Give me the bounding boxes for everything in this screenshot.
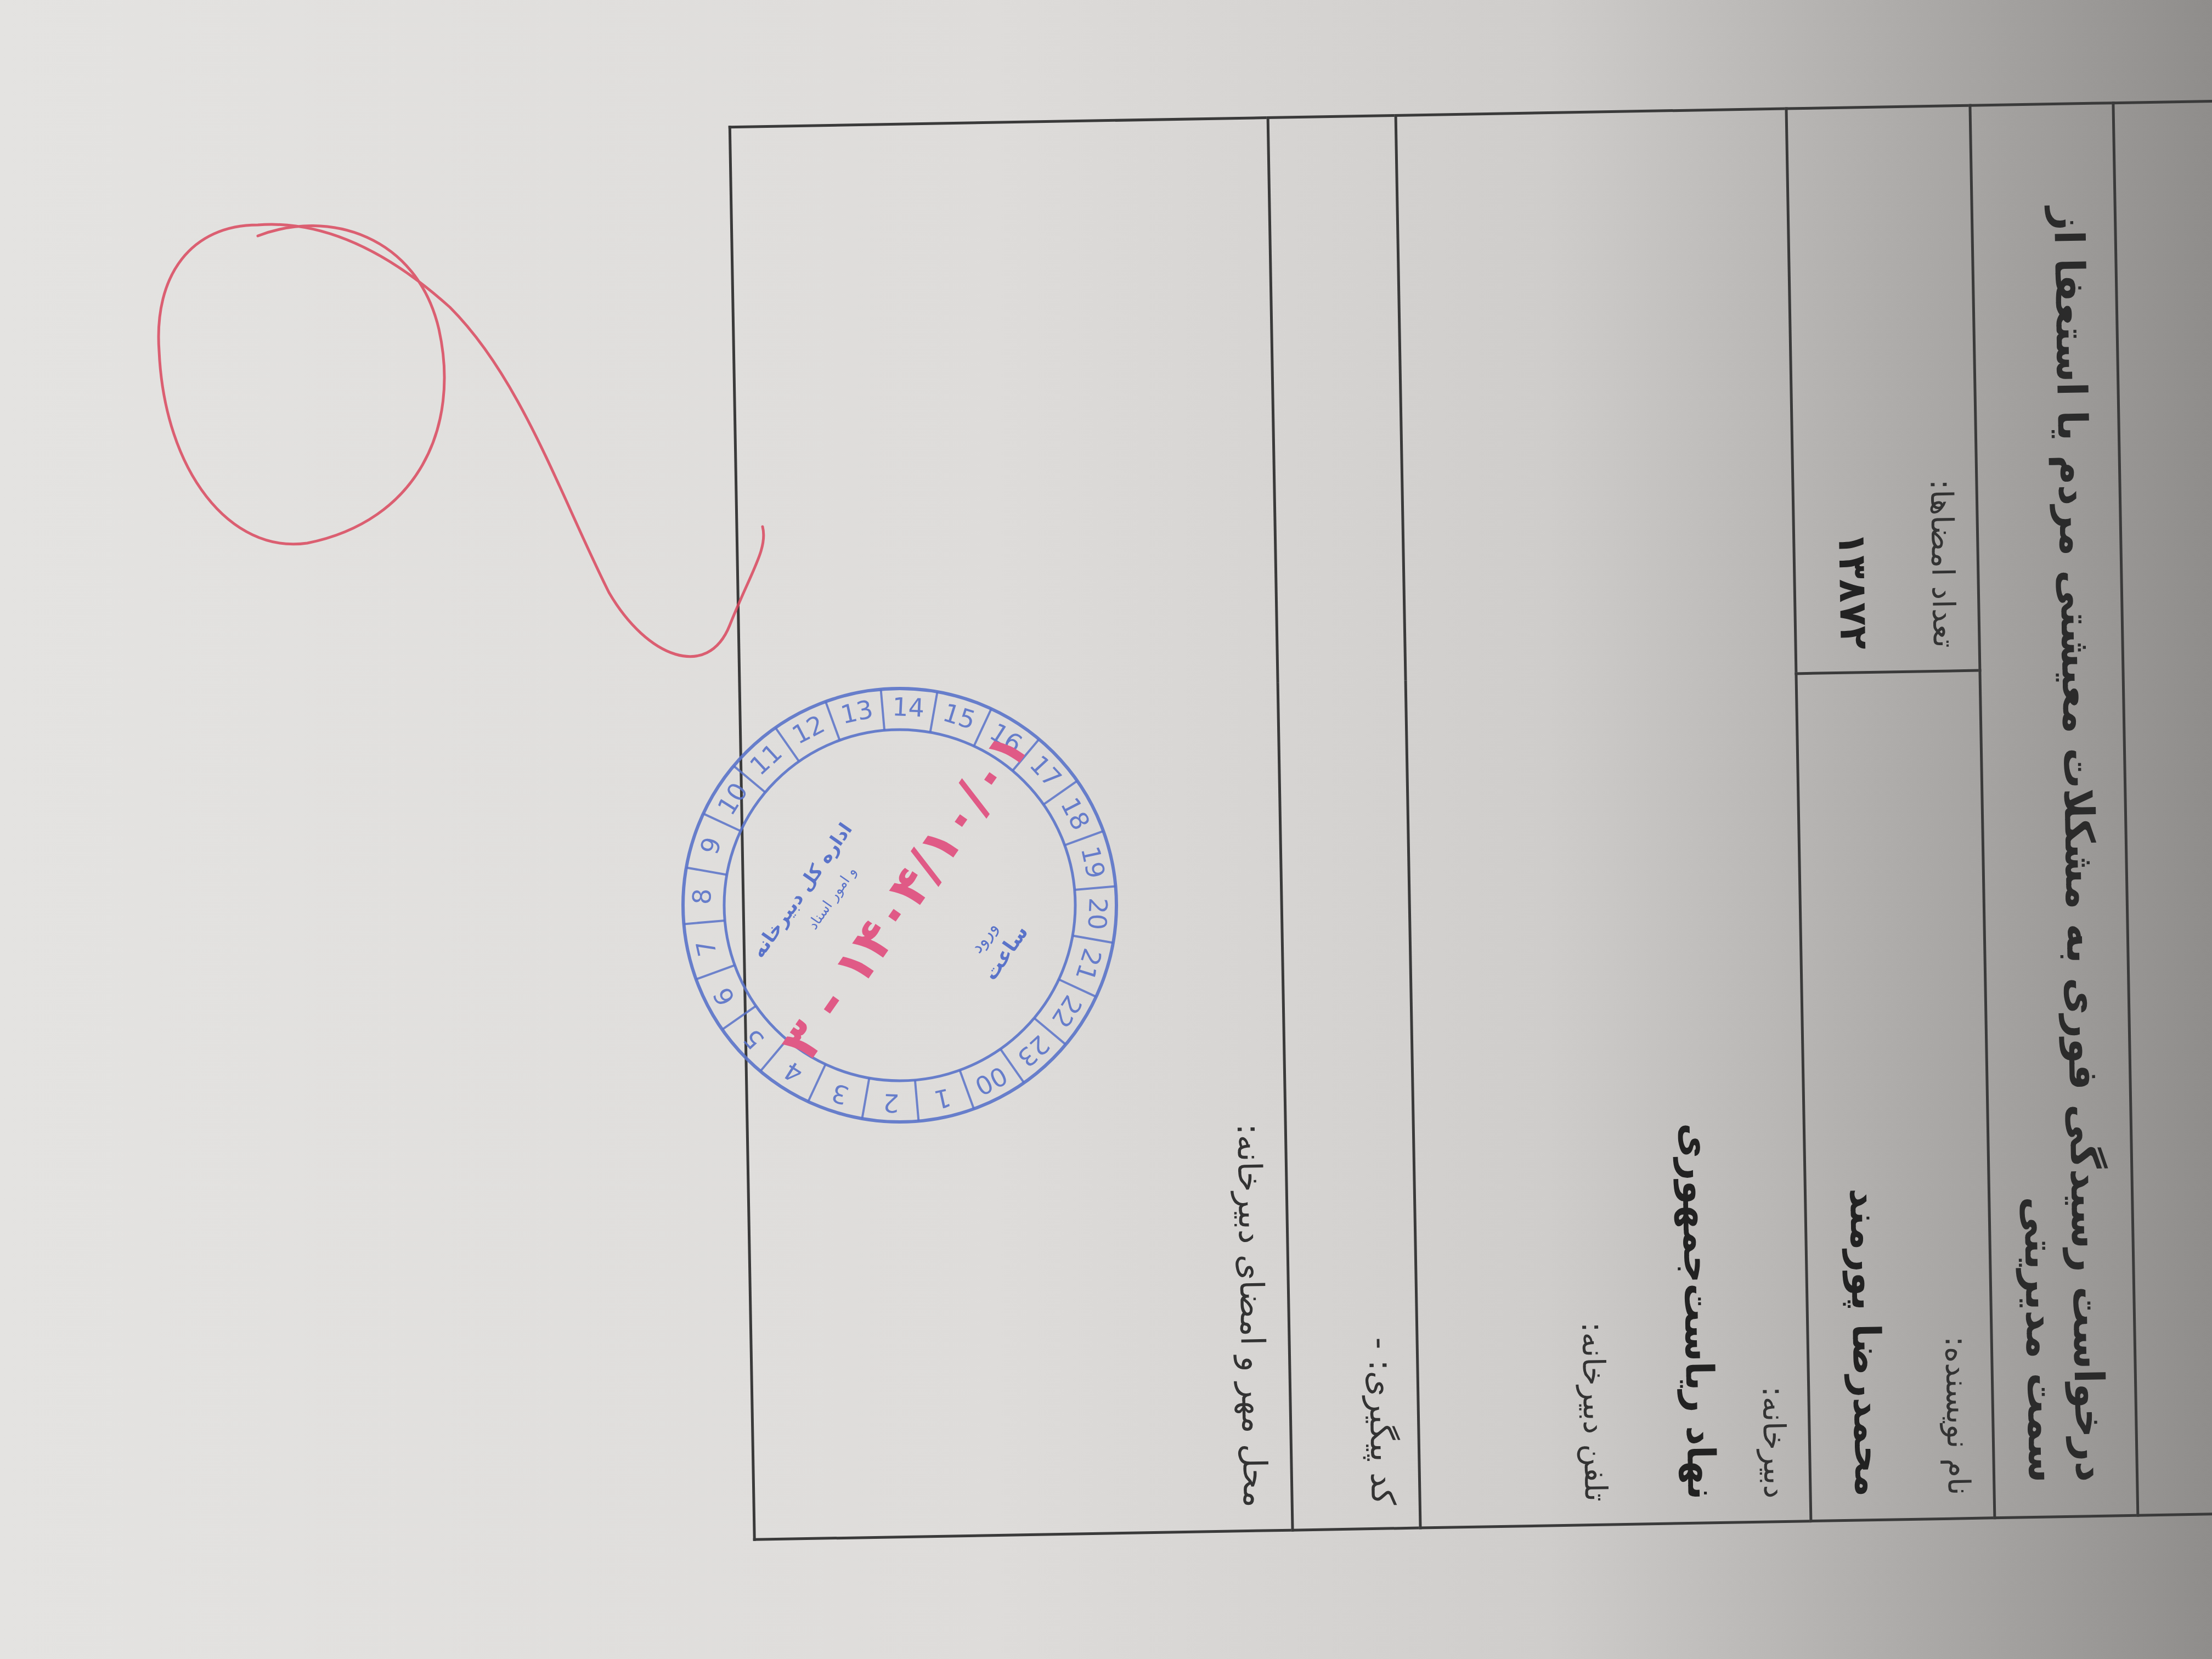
- svg-text:14: 14: [891, 692, 925, 723]
- tracking-code-value: -: [1361, 1337, 1400, 1350]
- subject-text: درخواست رسیدگی فوری به مشکلات معیشتی مرد…: [2015, 206, 2114, 1483]
- tracking-code-line: کد پیگیری: -: [1340, 139, 1402, 1505]
- svg-text:19: 19: [1075, 843, 1111, 881]
- svg-text:3: 3: [828, 1077, 852, 1110]
- svg-text:22: 22: [1046, 990, 1088, 1033]
- svg-text:10: 10: [712, 777, 754, 820]
- signatures-value: ۱۳۸۷۲: [1822, 131, 1876, 650]
- tracking-code-cell: کد پیگیری: -: [1268, 115, 1421, 1530]
- svg-text:6: 6: [707, 983, 741, 1011]
- signatures-label: تعداد امضاها:: [1917, 129, 1961, 648]
- secretariat-value: نهاد ریاست‌جمهوری: [1655, 133, 1724, 1500]
- secretariat-phone-label: تلفن دبیرخانه:: [1554, 136, 1613, 1502]
- svg-text:7: 7: [690, 937, 723, 959]
- svg-text:20: 20: [1082, 897, 1113, 930]
- secretariat-phone-value: [1504, 137, 1528, 1503]
- svg-text:9: 9: [695, 833, 727, 857]
- author-value: محمدرضا پورمند: [1832, 696, 1891, 1497]
- signatures-cell: تعداد امضاها: ۱۳۸۷۲: [1786, 105, 1980, 674]
- svg-text:1: 1: [932, 1082, 953, 1115]
- svg-text:5: 5: [737, 1023, 770, 1055]
- author-cell: نام نویسنده: محمدرضا پورمند: [1796, 670, 1995, 1521]
- secretariat-date-stamp: 001234567891011121314151617181920212223 …: [675, 680, 1125, 1130]
- seal-area-label: محل مهر و امضای دبیرخانه:: [1212, 142, 1274, 1508]
- svg-text:13: 13: [838, 694, 876, 730]
- author-label: نام نویسنده:: [1927, 694, 1976, 1496]
- svg-text:2: 2: [882, 1088, 900, 1118]
- secretariat-cell: دبیرخانه: نهاد ریاست‌جمهوری تلفن دبیرخان…: [1396, 109, 1811, 1528]
- svg-text:8: 8: [687, 888, 717, 905]
- secretariat-label: دبیرخانه:: [1733, 132, 1792, 1499]
- subject-cell: درخواست رسیدگی فوری به مشکلات معیشتی مرد…: [1970, 103, 2138, 1518]
- tracking-code-label: کد پیگیری:: [1362, 1359, 1403, 1506]
